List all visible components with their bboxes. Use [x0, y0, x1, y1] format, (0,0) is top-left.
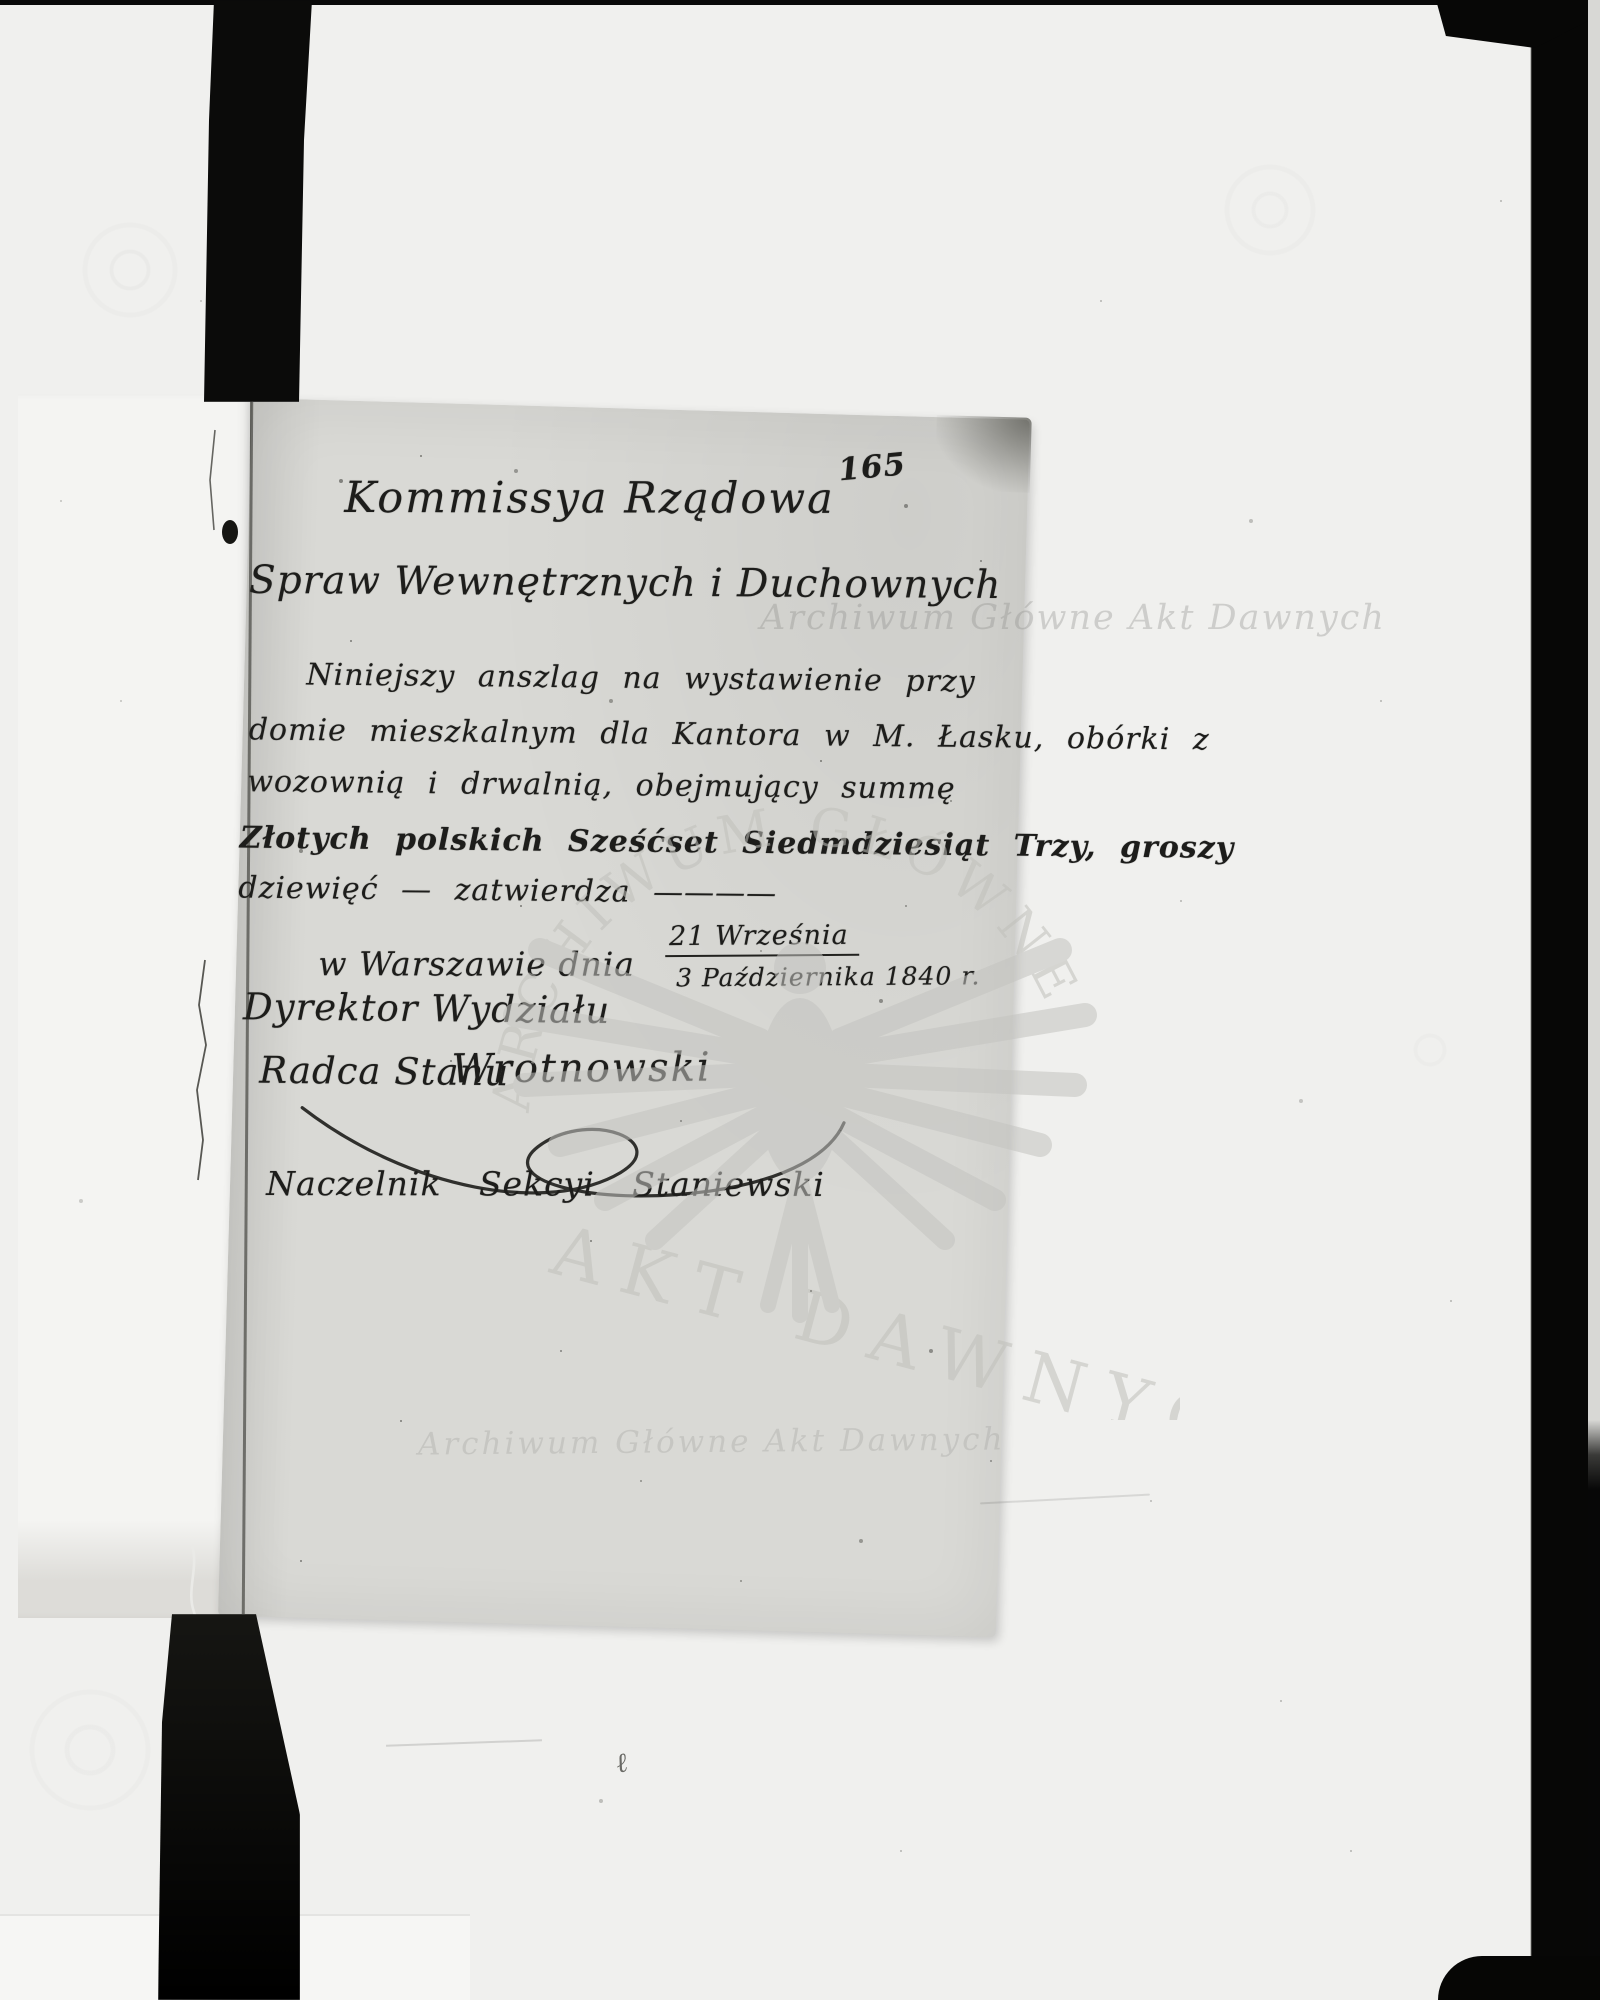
- pencil-mark: ℓ: [613, 1747, 630, 1780]
- heading-line-2: Spraw Wewnętrznych i Duchownych: [249, 558, 1002, 608]
- signature-section-chief: Naczelnik Sekcyi Staniewski: [266, 1164, 825, 1204]
- dateline-place: w Warszawie dnia: [318, 944, 635, 984]
- body-line: wozownią i drwalnią, obejmujący summę: [247, 764, 956, 806]
- body-line: Niniejszy anszlag na wystawienie przy: [306, 657, 976, 699]
- pencil-scratch-line: [386, 1739, 542, 1746]
- paper-scratch: [980, 1494, 1150, 1505]
- heading-line-1: Kommissya Rządowa: [344, 473, 835, 524]
- underlying-page-left: [18, 394, 252, 1618]
- book-gutter-shadow-top: [202, 0, 314, 402]
- signature-title-director: Dyrektor Wydziału: [243, 985, 611, 1032]
- film-edge-bottom-right: [1438, 1956, 1600, 2000]
- body-line: domie mieszkalnym dla Kantora w M. Łasku…: [249, 712, 1210, 757]
- date-top: 21 Września: [665, 920, 859, 957]
- page-number: 165: [837, 446, 908, 488]
- binding-ink-blob: [222, 520, 238, 544]
- film-edge-right: [1531, 0, 1589, 2000]
- scanned-document-photo: 165 Kommissya Rządowa Spraw Wewnętrznych…: [0, 0, 1600, 2000]
- signature-name-counsellor: Wrotnowski: [451, 1045, 712, 1093]
- body-line: Złotych polskich Sześćset Siedmdziesiąt …: [240, 821, 1235, 866]
- book-gutter-shadow-bottom: [158, 1614, 300, 2000]
- dateline-date-gregorian: 3 Października 1840 r.: [676, 961, 981, 992]
- document-page: 165 Kommissya Rządowa Spraw Wewnętrznych…: [218, 398, 1030, 1637]
- body-line: dziewięć — zatwierdza ————: [238, 871, 777, 912]
- film-edge-right-strip: [1588, 0, 1600, 2000]
- dateline-date-julian: 21 Września: [665, 920, 859, 957]
- page-corner-smudge: [935, 415, 1032, 493]
